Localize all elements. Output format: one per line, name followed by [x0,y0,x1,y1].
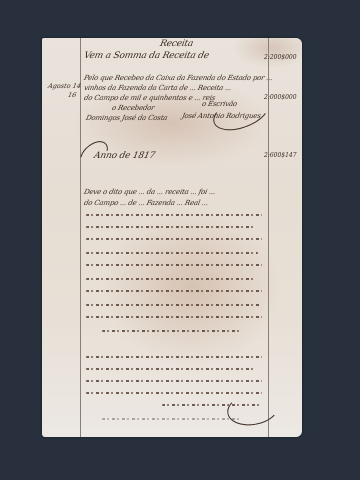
faded-text-line [86,380,262,382]
entry-line: do Campo de mil e quinhentos e ... reis [83,94,216,102]
faded-text-line [86,316,262,318]
section-heading: Anno de 1817 [93,152,156,160]
entry-line: Deve o dito que ... da ... receita ... f… [83,188,216,196]
faded-text-line [86,278,254,280]
signature-role: o Recebedor [111,104,155,112]
faded-text-line [86,304,260,306]
closing-flourish [225,389,282,430]
title-top: Receita [159,40,194,48]
amount: 2:000$000 [264,94,297,101]
faded-text-line [86,252,258,254]
entry-line: do Campo ... de ... Fazenda ... Real ... [83,199,209,207]
amount: 2:600$147 [264,152,297,159]
manuscript-page: Receita Vem a Somma da Receita de 2:200$… [42,38,302,437]
left-margin-rule [80,38,81,437]
faded-text-line [102,418,242,420]
faded-text-line [86,264,262,266]
faded-text-line [86,368,256,370]
entry-line: vinhos da Fazenda da Carta de ... Receit… [83,84,232,92]
entry-line: Pelo que Recebeo da Caixa da Fazenda do … [83,74,273,82]
faded-text-line [86,226,256,228]
paper-stain [232,38,302,68]
faded-text-line [86,290,262,292]
title-line: Vem a Somma da Receita de [83,52,209,60]
faded-text-line [86,392,262,394]
margin-date: Agosto 14 [47,82,82,90]
amount: 2:200$000 [264,54,297,61]
paper-stain [102,208,282,368]
faded-text-line [102,330,242,332]
faded-text-line [86,238,262,240]
faded-text-line [86,214,262,216]
margin-date-day: 16 [67,91,77,99]
signature-name: Domingos José da Costa [85,114,168,122]
faded-text-line [86,356,262,358]
